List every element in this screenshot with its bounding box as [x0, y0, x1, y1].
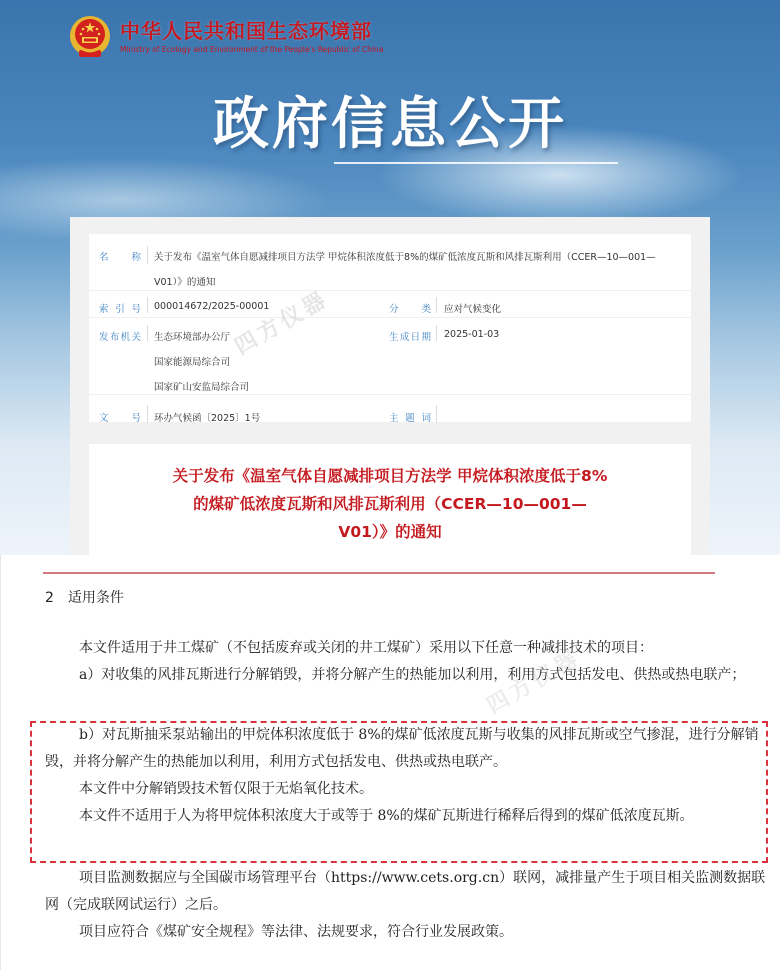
issuer-value-3: 国家矿山安监局综合司: [154, 379, 249, 393]
paragraph-item-a: a）对收集的风排瓦斯进行分解销毁，并将分解产生的热能加以利用，利用方式包括发电、…: [45, 662, 769, 689]
notice-title-line3: V01）》的通知: [89, 518, 691, 546]
metadata-row-name: 名 称 关于发布《温室气体自愿减排项目方法学 甲烷体积浓度低于8%的煤矿低浓度瓦…: [89, 234, 691, 291]
divider: [436, 325, 437, 341]
metadata-row-docno: 文 号 环办气候函〔2025〕1号 主题词: [89, 395, 691, 422]
metadata-row-issuer: 发布机关 生态环境部办公厅 国家能源局综合司 国家矿山安监局综合司 生成日期 2…: [89, 318, 691, 395]
notice-title-line1: 关于发布《温室气体自愿减排项目方法学 甲烷体积浓度低于8%: [89, 462, 691, 490]
name-label: 名 称: [99, 249, 141, 263]
notice-title-card: 关于发布《温室气体自愿减排项目方法学 甲烷体积浓度低于8% 的煤矿低浓度瓦斯和风…: [89, 444, 691, 555]
divider: [147, 297, 148, 313]
docno-value: 环办气候函〔2025〕1号: [154, 410, 260, 424]
index-value: 000014672/2025-00001: [154, 301, 269, 312]
date-value: 2025-01-03: [444, 329, 499, 340]
banner: 中华人民共和国生态环境部 Ministry of Ecology and Env…: [0, 0, 780, 555]
page-hero-title: 政府信息公开: [0, 80, 780, 160]
keywords-label: 主题词: [389, 410, 431, 424]
date-label: 生成日期: [389, 329, 431, 343]
metadata-table: 名 称 关于发布《温室气体自愿减排项目方法学 甲烷体积浓度低于8%的煤矿低浓度瓦…: [89, 234, 691, 422]
category-label: 分 类: [389, 301, 431, 315]
document-excerpt: 2 适用条件 本文件适用于井工煤矿（不包括废弃或关闭的井工煤矿）采用以下任意一种…: [0, 555, 780, 970]
paragraph-monitoring: 项目监测数据应与全国碳市场管理平台（https://www.cets.org.c…: [45, 865, 769, 919]
ministry-name-en: Ministry of Ecology and Environment of t…: [120, 45, 383, 55]
national-emblem-icon: [68, 14, 112, 60]
index-label: 索引号: [99, 301, 141, 315]
notice-title-line2: 的煤矿低浓度瓦斯和风排瓦斯利用（CCER—10—001—: [89, 490, 691, 518]
paragraph-technology-limit: 本文件中分解销毁技术暂仅限于无焰氧化技术。: [45, 776, 769, 803]
docno-label: 文 号: [99, 410, 141, 424]
ministry-name-block: 中华人民共和国生态环境部 Ministry of Ecology and Env…: [120, 19, 383, 55]
paragraph-exclusion: 本文件不适用于人为将甲烷体积浓度大于或等于 8%的煤矿瓦斯进行稀释后得到的煤矿低…: [45, 803, 769, 830]
section-heading: 2 适用条件: [45, 587, 124, 607]
name-value-line1: 关于发布《温室气体自愿减排项目方法学 甲烷体积浓度低于8%的煤矿低浓度瓦斯和风排…: [154, 249, 656, 263]
category-value: 应对气候变化: [444, 301, 501, 315]
divider: [147, 325, 148, 341]
issuer-label: 发布机关: [99, 329, 141, 343]
issuer-value-2: 国家能源局综合司: [154, 354, 230, 368]
issuer-value-1: 生态环境部办公厅: [154, 329, 230, 343]
metadata-row-index: 索引号 000014672/2025-00001 分 类 应对气候变化: [89, 291, 691, 318]
notice-title: 关于发布《温室气体自愿减排项目方法学 甲烷体积浓度低于8% 的煤矿低浓度瓦斯和风…: [89, 462, 691, 546]
divider: [147, 246, 148, 264]
ministry-name-cn[interactable]: 中华人民共和国生态环境部: [120, 19, 383, 43]
name-value-line2: V01）》的通知: [154, 274, 215, 288]
divider: [147, 405, 148, 423]
paragraph-scope: 本文件适用于井工煤矿（不包括废弃或关闭的井工煤矿）采用以下任意一种减排技术的项目…: [45, 635, 769, 662]
red-divider: [43, 572, 715, 574]
paragraph-compliance: 项目应符合《煤矿安全规程》等法律、法规要求，符合行业发展政策。: [45, 919, 769, 946]
divider: [436, 405, 437, 423]
site-header: 中华人民共和国生态环境部 Ministry of Ecology and Env…: [68, 12, 383, 62]
hero-divider: [334, 162, 618, 164]
divider: [436, 297, 437, 313]
paragraph-item-b: b）对瓦斯抽采泵站输出的甲烷体积浓度低于 8%的煤矿低浓度瓦斯与收集的风排瓦斯或…: [45, 722, 769, 776]
